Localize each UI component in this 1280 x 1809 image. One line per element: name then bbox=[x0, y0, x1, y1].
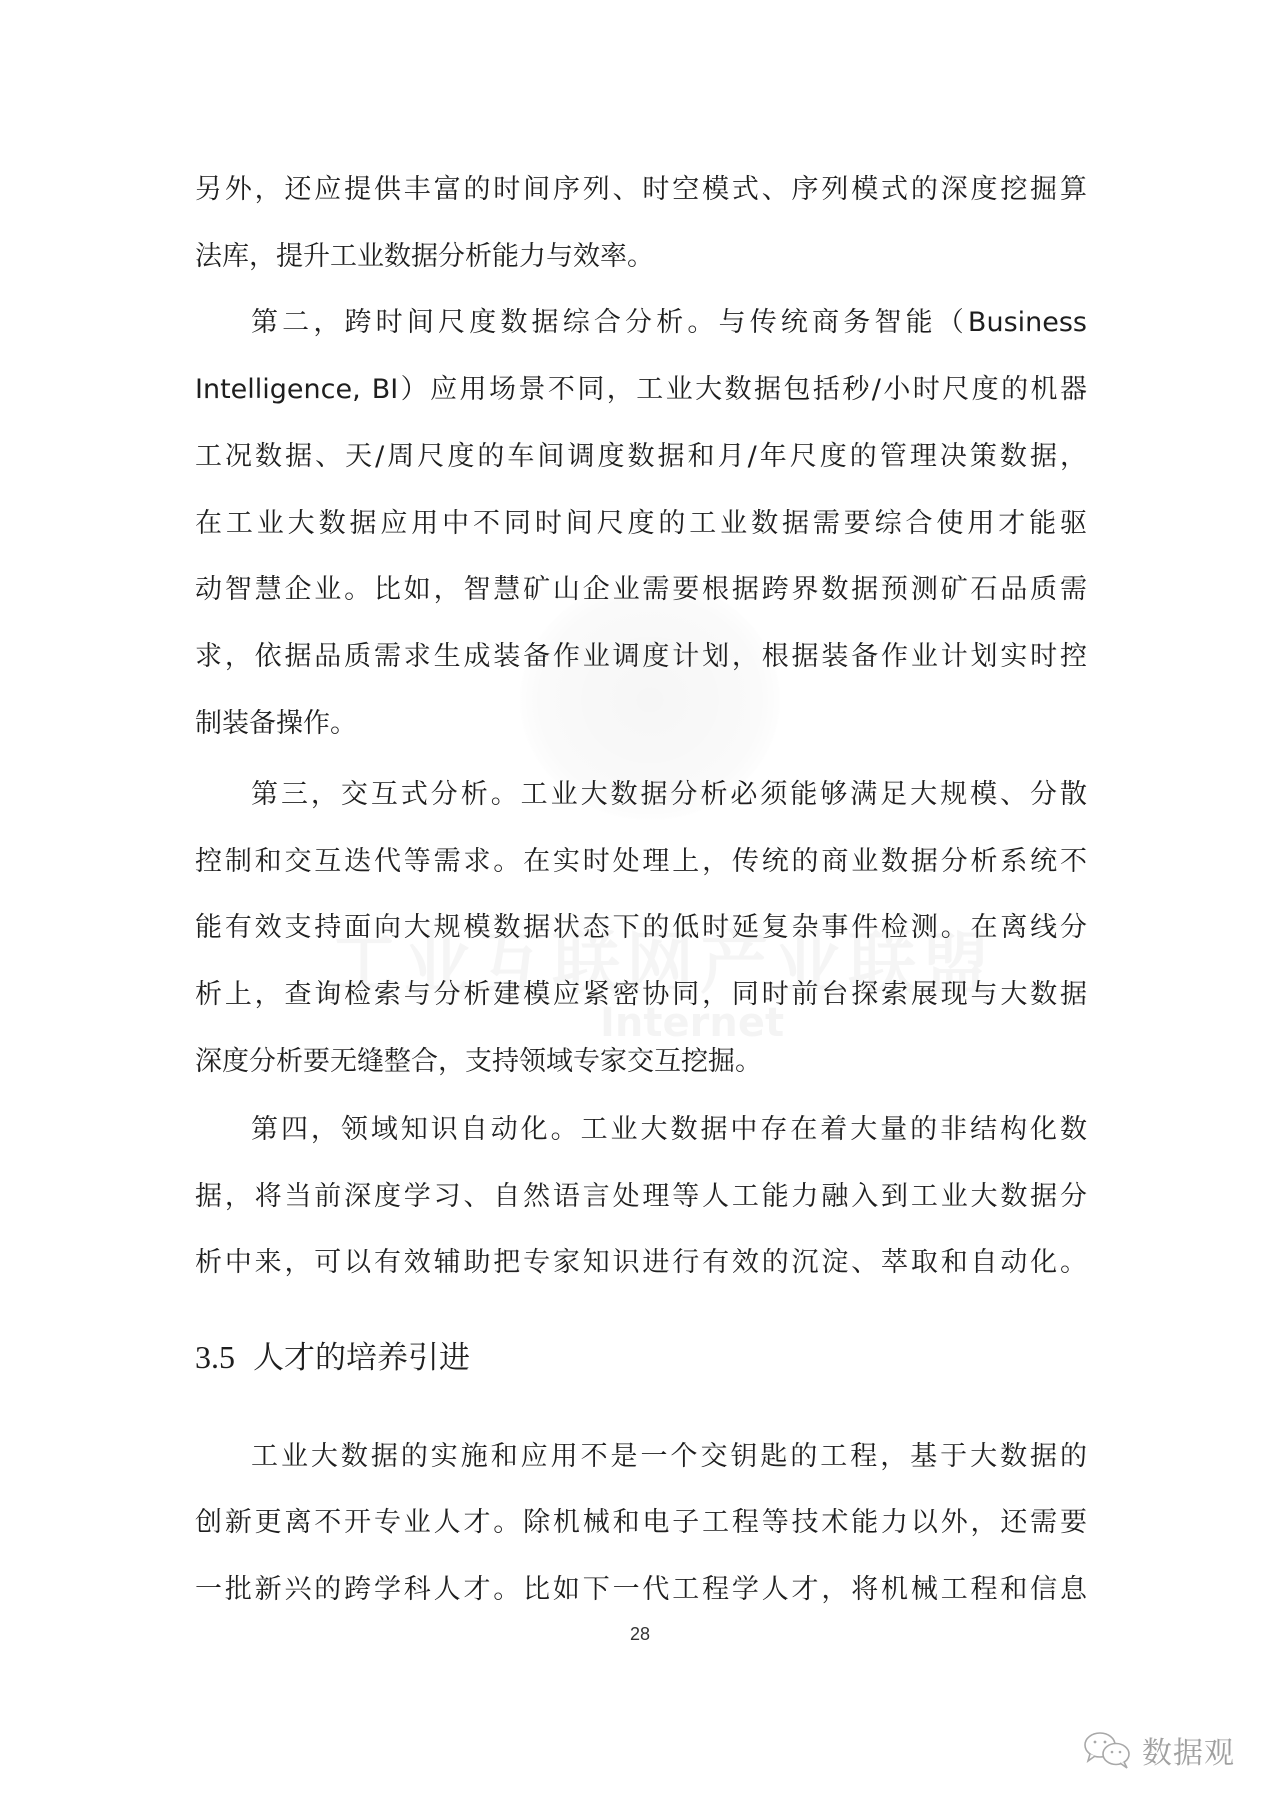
text-line: 析上，查询检索与分析建模应紧密协同，同时前台探索展现与大数据 bbox=[195, 975, 1087, 1015]
page-number: 28 bbox=[0, 1624, 1280, 1645]
text-line: 创新更离不开专业人才。除机械和电子工程等技术能力以外，还需要 bbox=[195, 1503, 1087, 1543]
text-line: 求，依据品质需求生成装备作业调度计划，根据装备作业计划实时控 bbox=[195, 637, 1087, 677]
text-line: 法库，提升工业数据分析能力与效率。 bbox=[195, 237, 1087, 277]
section-heading: 3.5人才的培养引进 bbox=[195, 1336, 470, 1378]
text-line: 能有效支持面向大规模数据状态下的低时延复杂事件检测。在离线分 bbox=[195, 908, 1087, 948]
text-line: 第二，跨时间尺度数据综合分析。与传统商务智能（Business bbox=[195, 303, 1087, 343]
text-line: Intelligence, BI）应用场景不同，工业大数据包括秒/小时尺度的机器 bbox=[195, 370, 1087, 410]
text-line: 动智慧企业。比如，智慧矿山企业需要根据跨界数据预测矿石品质需 bbox=[195, 570, 1087, 610]
text-line: 析中来，可以有效辅助把专家知识进行有效的沉淀、萃取和自动化。 bbox=[195, 1243, 1087, 1283]
text-line: 在工业大数据应用中不同时间尺度的工业数据需要综合使用才能驱 bbox=[195, 504, 1087, 544]
text-line: 控制和交互迭代等需求。在实时处理上，传统的商业数据分析系统不 bbox=[195, 842, 1087, 882]
text-line: 工况数据、天/周尺度的车间调度数据和月/年尺度的管理决策数据， bbox=[195, 437, 1087, 477]
section-number: 3.5 bbox=[195, 1339, 235, 1375]
source-label: 数据观 bbox=[1142, 1728, 1235, 1772]
text-line: 另外，还应提供丰富的时间序列、时空模式、序列模式的深度挖掘算 bbox=[195, 170, 1087, 210]
text-line: 制装备操作。 bbox=[195, 704, 1087, 744]
text-line: 深度分析要无缝整合，支持领域专家交互挖掘。 bbox=[195, 1042, 1087, 1082]
text-line: 工业大数据的实施和应用不是一个交钥匙的工程，基于大数据的 bbox=[195, 1437, 1087, 1477]
text-line: 第四，领域知识自动化。工业大数据中存在着大量的非结构化数 bbox=[195, 1110, 1087, 1150]
section-title: 人才的培养引进 bbox=[253, 1340, 470, 1376]
wechat-icon bbox=[1082, 1730, 1134, 1770]
text-line: 一批新兴的跨学科人才。比如下一代工程学人才，将机械工程和信息 bbox=[195, 1570, 1087, 1610]
text-line: 据，将当前深度学习、自然语言处理等人工能力融入到工业大数据分 bbox=[195, 1177, 1087, 1217]
text-line: 第三，交互式分析。工业大数据分析必须能够满足大规模、分散 bbox=[195, 775, 1087, 815]
source-badge: 数据观 bbox=[1082, 1730, 1235, 1770]
